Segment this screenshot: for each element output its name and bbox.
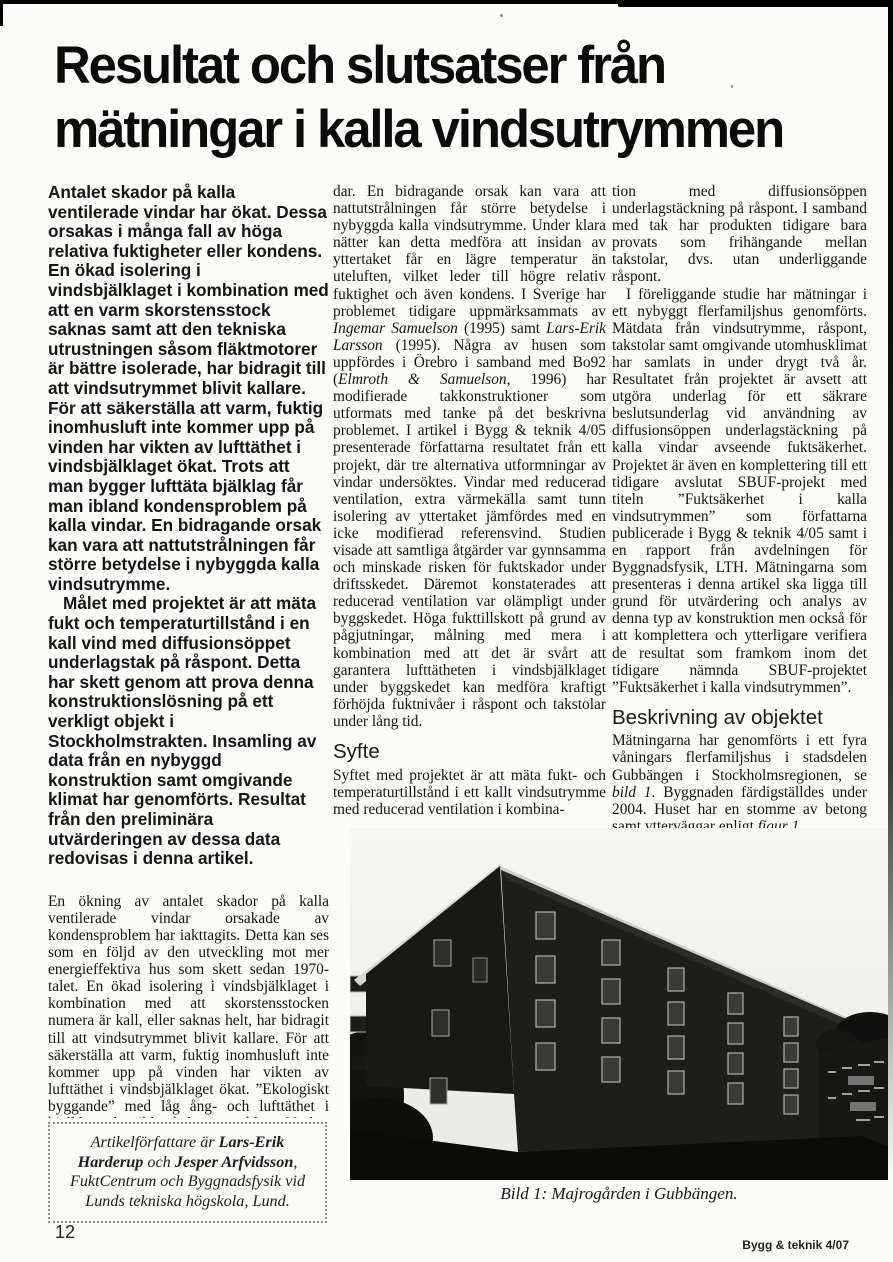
scan-edge-top-right xyxy=(618,0,893,7)
scan-edge-left xyxy=(0,0,3,26)
body-paragraph: En ökning av antalet skador på kalla ven… xyxy=(48,893,329,1118)
lead-paragraphs: Antalet skador på kalla ventilerade vind… xyxy=(48,183,329,869)
scan-speck xyxy=(500,14,503,17)
article-title: Resultat och slutsatser från mätningar i… xyxy=(54,34,851,161)
article-title-line1: Resultat och slutsatser från xyxy=(54,36,665,95)
scanned-article-page: Resultat och slutsatser från mätningar i… xyxy=(0,0,893,1262)
building-illustration xyxy=(350,828,888,1180)
body-paragraph: Syftet med projektet är att mäta fukt- o… xyxy=(333,767,606,818)
page-number: 12 xyxy=(55,1222,75,1243)
body-paragraph: I föreliggande studie har mätningar i et… xyxy=(612,286,867,696)
article-title-line2: mätningar i kalla vindsutrymmen xyxy=(54,100,783,159)
magazine-footer: Bygg & teknik 4/07 xyxy=(742,1238,849,1252)
building-photo xyxy=(350,828,888,1180)
body-paragraph: tion med diffusionsöppen underlagstäckni… xyxy=(612,183,867,286)
body-paragraph: dar. En bidragande orsak kan vara att na… xyxy=(333,183,606,730)
lead-paragraph-2: Målet med projektet är att mäta fukt och… xyxy=(48,594,329,868)
column-3: tion med diffusionsöppen underlagstäckni… xyxy=(612,183,867,833)
section-heading-syfte: Syfte xyxy=(333,741,606,763)
author-box: Artikelförfattare är Lars-Erik Harderup … xyxy=(48,1122,327,1223)
column-1: Antalet skador på kalla ventilerade vind… xyxy=(48,183,329,1118)
column-2: dar. En bidragande orsak kan vara att na… xyxy=(333,183,606,831)
scan-edge-right xyxy=(888,0,893,1180)
lead-paragraph-1: Antalet skador på kalla ventilerade vind… xyxy=(48,183,329,594)
section-heading-beskrivning: Beskrivning av objektet xyxy=(612,707,867,729)
figure-caption: Bild 1: Majrogården i Gubbängen. xyxy=(350,1184,888,1204)
column1-body: En ökning av antalet skador på kalla ven… xyxy=(48,893,329,1118)
body-paragraph: Mätningarna har genomförts i ett fyra vå… xyxy=(612,732,867,833)
